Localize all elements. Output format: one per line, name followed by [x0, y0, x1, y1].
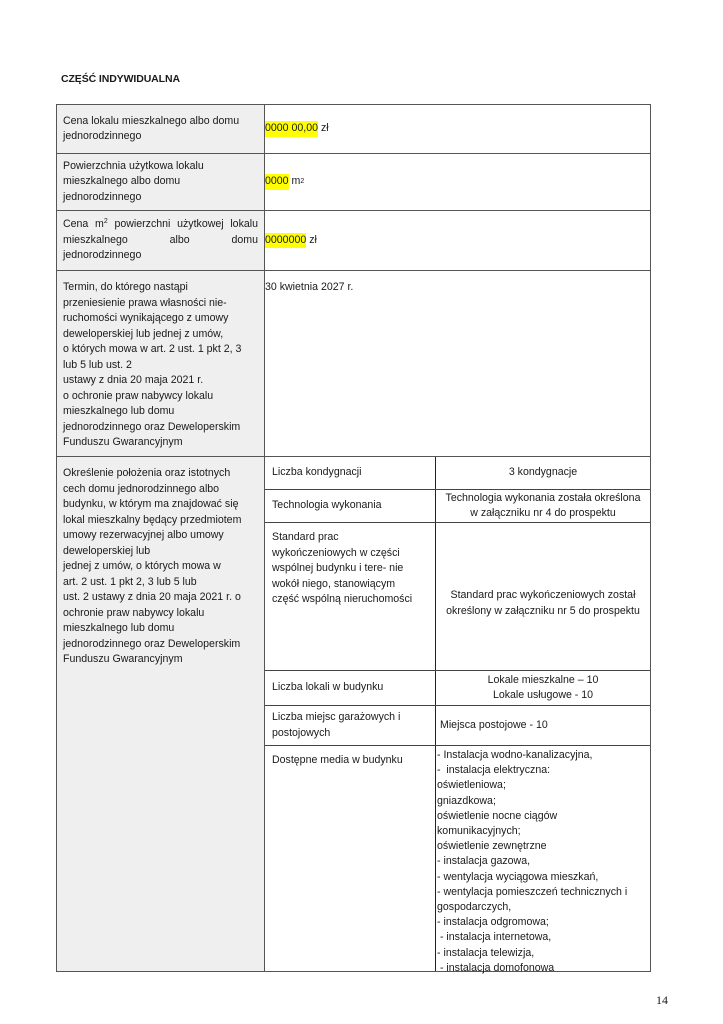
section-heading: CZĘŚĆ INDYWIDUALNA: [61, 73, 180, 85]
value-transfer-deadline: 30 kwietnia 2027 r.: [265, 271, 650, 456]
price-currency: zł: [318, 121, 329, 137]
value-finishing-standard: Standard prac wykończeniowych zostałokre…: [436, 523, 650, 670]
label-price-per-m2: Cena m2 powierzchni użytkowej lokalu mie…: [57, 211, 265, 270]
text-line: Miejsca postojowe - 10: [440, 718, 548, 734]
text-line: ust. 2 ustawy z dnia 20 maja 2021 r. o: [63, 590, 241, 606]
text-line: deweloperskiej lub jednej z umów,: [63, 327, 241, 343]
text-line: Funduszu Gwarancyjnym: [63, 652, 241, 668]
nested-row-floors: Liczba kondygnacji 3 kondygnacje: [265, 457, 650, 490]
table-row-transfer-deadline: Termin, do którego nastąpiprzeniesienie …: [57, 271, 650, 457]
text-line: Lokale mieszkalne – 10: [488, 673, 599, 689]
text-line: przeniesienie prawa własności nie-: [63, 296, 241, 312]
label-price: Cena lokalu mieszkalnego albo domu jedno…: [57, 105, 265, 153]
text-line: Określenie położenia oraz istotnych: [63, 466, 241, 482]
table-row-area: Powierzchnia użytkowa lokalu mieszkalneg…: [57, 154, 650, 211]
nested-row-technology: Technologia wykonania Technologia wykona…: [265, 490, 650, 523]
utility-item: oświetleniowa;: [437, 778, 650, 793]
nested-row-finishing-standard: Standard pracwykończeniowych w częściwsp…: [265, 523, 650, 671]
area-highlight: 0000: [265, 174, 289, 190]
value-parking: Miejsca postojowe - 10: [436, 706, 650, 745]
utility-item: - instalacja gazowa,: [437, 854, 650, 869]
label-utilities: Dostępne media w budynku: [265, 746, 436, 971]
text-line: Liczba miejsc garażowych i: [272, 710, 400, 726]
value-price-per-m2: 0000000 zł: [265, 211, 650, 270]
nested-row-units: Liczba lokali w budynku Lokale mieszkaln…: [265, 671, 650, 706]
price-per-m2-highlight: 0000000: [265, 233, 306, 249]
nested-row-parking: Liczba miejsc garażowych ipostojowych Mi…: [265, 706, 650, 746]
value-price: 0000 00,00 zł: [265, 105, 650, 153]
utility-item: gniazdkowa;: [437, 794, 650, 809]
utility-item: - instalacja telewizja,: [437, 946, 650, 961]
utility-item: - Instalacja wodno-kanalizacyjna,: [437, 748, 650, 763]
text-line: postojowych: [272, 726, 400, 742]
building-features-table: Liczba kondygnacji 3 kondygnacje Technol…: [265, 457, 650, 971]
text-line: budynku, w którym ma znajdować się: [63, 497, 241, 513]
price-per-m2-currency: zł: [306, 233, 317, 249]
price-highlight: 0000 00,00: [265, 121, 318, 137]
utility-item: - instalacja domofonowa: [437, 961, 650, 976]
table-row-price: Cena lokalu mieszkalnego albo domu jedno…: [57, 105, 650, 154]
text-line: lub 5 lub ust. 2: [63, 358, 241, 374]
utility-item: komunikacyjnych;: [437, 824, 650, 839]
text-line: jednorodzinnego oraz Deweloperskim: [63, 420, 241, 436]
utility-item: - instalacja elektryczna:: [437, 763, 650, 778]
value-utilities-list: - Instalacja wodno-kanalizacyjna,- insta…: [436, 746, 650, 971]
label-finishing-standard: Standard pracwykończeniowych w częściwsp…: [265, 523, 436, 670]
table-row-price-per-m2: Cena m2 powierzchni użytkowej lokalu mie…: [57, 211, 650, 271]
text-line: o których mowa w art. 2 ust. 1 pkt 2, 3: [63, 342, 241, 358]
text-line: mieszkalnego lub domu: [63, 404, 241, 420]
label-units: Liczba lokali w budynku: [265, 671, 436, 705]
text-line: w załączniku nr 4 do prospektu: [446, 506, 641, 522]
text-line: art. 2 ust. 1 pkt 2, 3 lub 5 lub: [63, 575, 241, 591]
label-building-features: Określenie położenia oraz istotnychcech …: [57, 457, 265, 971]
page-number: 14: [656, 993, 668, 1008]
text-line: o ochronie praw nabywcy lokalu: [63, 389, 241, 405]
text-line: 3 kondygnacje: [509, 465, 577, 481]
value-floors: 3 kondygnacje: [436, 457, 650, 489]
label-floors: Liczba kondygnacji: [265, 457, 436, 489]
text-line: Lokale usługowe - 10: [488, 688, 599, 704]
label-technology: Technologia wykonania: [265, 490, 436, 522]
text-line: część wspólną nieruchomości: [272, 592, 412, 608]
nested-row-utilities: Dostępne media w budynku - Instalacja wo…: [265, 746, 650, 971]
label-transfer-deadline: Termin, do którego nastąpiprzeniesienie …: [57, 271, 265, 456]
text-line: Standard prac: [272, 530, 412, 546]
text-line: Standard prac wykończeniowych został: [446, 588, 640, 604]
text-line: wspólnej budynku i tere- nie: [272, 561, 412, 577]
label-area: Powierzchnia użytkowa lokalu mieszkalneg…: [57, 154, 265, 210]
utility-item: - instalacja odgromowa;: [437, 915, 650, 930]
label-parking: Liczba miejsc garażowych ipostojowych: [265, 706, 436, 745]
utility-item: gospodarczych,: [437, 900, 650, 915]
text-line: lokal mieszkalny będący przedmiotem: [63, 513, 241, 529]
utility-item: - wentylacja wyciągowa mieszkań,: [437, 870, 650, 885]
text-line: cech domu jednorodzinnego albo: [63, 482, 241, 498]
text-line: mieszkalnego lub domu: [63, 621, 241, 637]
utility-item: oświetlenie zewnętrzne: [437, 839, 650, 854]
text-line: ustawy z dnia 20 maja 2021 r.: [63, 373, 241, 389]
text-line: określony w załączniku nr 5 do prospektu: [446, 604, 640, 620]
value-area: 0000 m2: [265, 154, 650, 210]
value-technology: Technologia wykonania została określonaw…: [436, 490, 650, 522]
area-unit: m: [289, 174, 301, 190]
text-line: wykończeniowych w części: [272, 546, 412, 562]
text-line: ochronie praw nabywcy lokalu: [63, 606, 241, 622]
utility-item: oświetlenie nocne ciągów: [437, 809, 650, 824]
text-line: umowy rezerwacyjnej albo umowy: [63, 528, 241, 544]
text-line: Technologia wykonania została określona: [446, 491, 641, 507]
text-line: wokół niego, stanowiącym: [272, 577, 412, 593]
text-line: ruchomości wynikającego z umowy: [63, 311, 241, 327]
utility-item: - instalacja internetowa,: [437, 930, 650, 945]
details-table: Cena lokalu mieszkalnego albo domu jedno…: [56, 104, 651, 972]
text-line: Termin, do którego nastąpi: [63, 280, 241, 296]
text-line: jednej z umów, o których mowa w: [63, 559, 241, 575]
table-row-building-features: Określenie położenia oraz istotnychcech …: [57, 457, 650, 971]
utility-item: - wentylacja pomieszczeń technicznych i: [437, 885, 650, 900]
text-line: deweloperskiej lub: [63, 544, 241, 560]
text-line: Funduszu Gwarancyjnym: [63, 435, 241, 451]
value-units: Lokale mieszkalne – 10Lokale usługowe - …: [436, 671, 650, 705]
text-line: jednorodzinnego oraz Deweloperskim: [63, 637, 241, 653]
label-part: Cena m: [63, 218, 104, 230]
